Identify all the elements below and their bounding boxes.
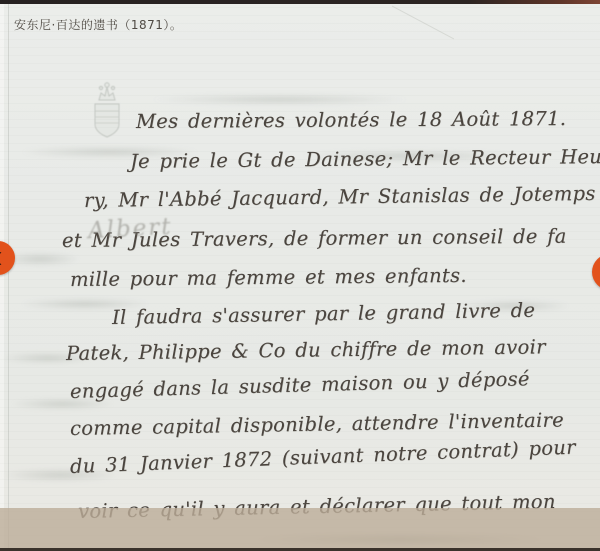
handwritten-line: mille pour ma femme et mes enfants. bbox=[70, 264, 467, 291]
embossed-crest-watermark bbox=[86, 80, 128, 144]
handwritten-line: comme capital disponible, attendre l'inv… bbox=[70, 408, 564, 440]
handwritten-line: engagé dans la susdite maison ou y dépos… bbox=[70, 367, 530, 403]
letter-scan: Mes dernières volontés le 18 Août 1871. … bbox=[0, 0, 600, 551]
caption-text: 安东尼·百达的遗书（1871）。 bbox=[14, 16, 182, 33]
pencil-annotation: Albert bbox=[87, 214, 173, 244]
paper-crease bbox=[392, 6, 454, 40]
chevron-left-icon: ❮ bbox=[0, 252, 3, 265]
ink-bleedthrough bbox=[150, 94, 410, 105]
paper-edge bbox=[0, 4, 4, 548]
top-border bbox=[0, 0, 600, 4]
handwritten-line: ry, Mr l'Abbé Jacquard, Mr Stanislas de … bbox=[84, 182, 596, 212]
handwritten-line: Mes dernières volontés le 18 Août 1871. bbox=[136, 107, 566, 133]
handwritten-line: du 31 Janvier 1872 (suivant notre contra… bbox=[70, 436, 577, 478]
caption-bar bbox=[0, 508, 600, 548]
image-carousel-viewer: Mes dernières volontés le 18 Août 1871. … bbox=[0, 0, 600, 551]
paper-fold-line bbox=[8, 4, 9, 548]
handwritten-line: Je prie le Gt de Dainese; Mr le Recteur … bbox=[130, 145, 600, 173]
handwritten-line: Il faudra s'assurer par le grand livre d… bbox=[112, 299, 536, 329]
handwritten-line: Patek, Philippe & Co du chiffre de mon a… bbox=[66, 335, 546, 365]
